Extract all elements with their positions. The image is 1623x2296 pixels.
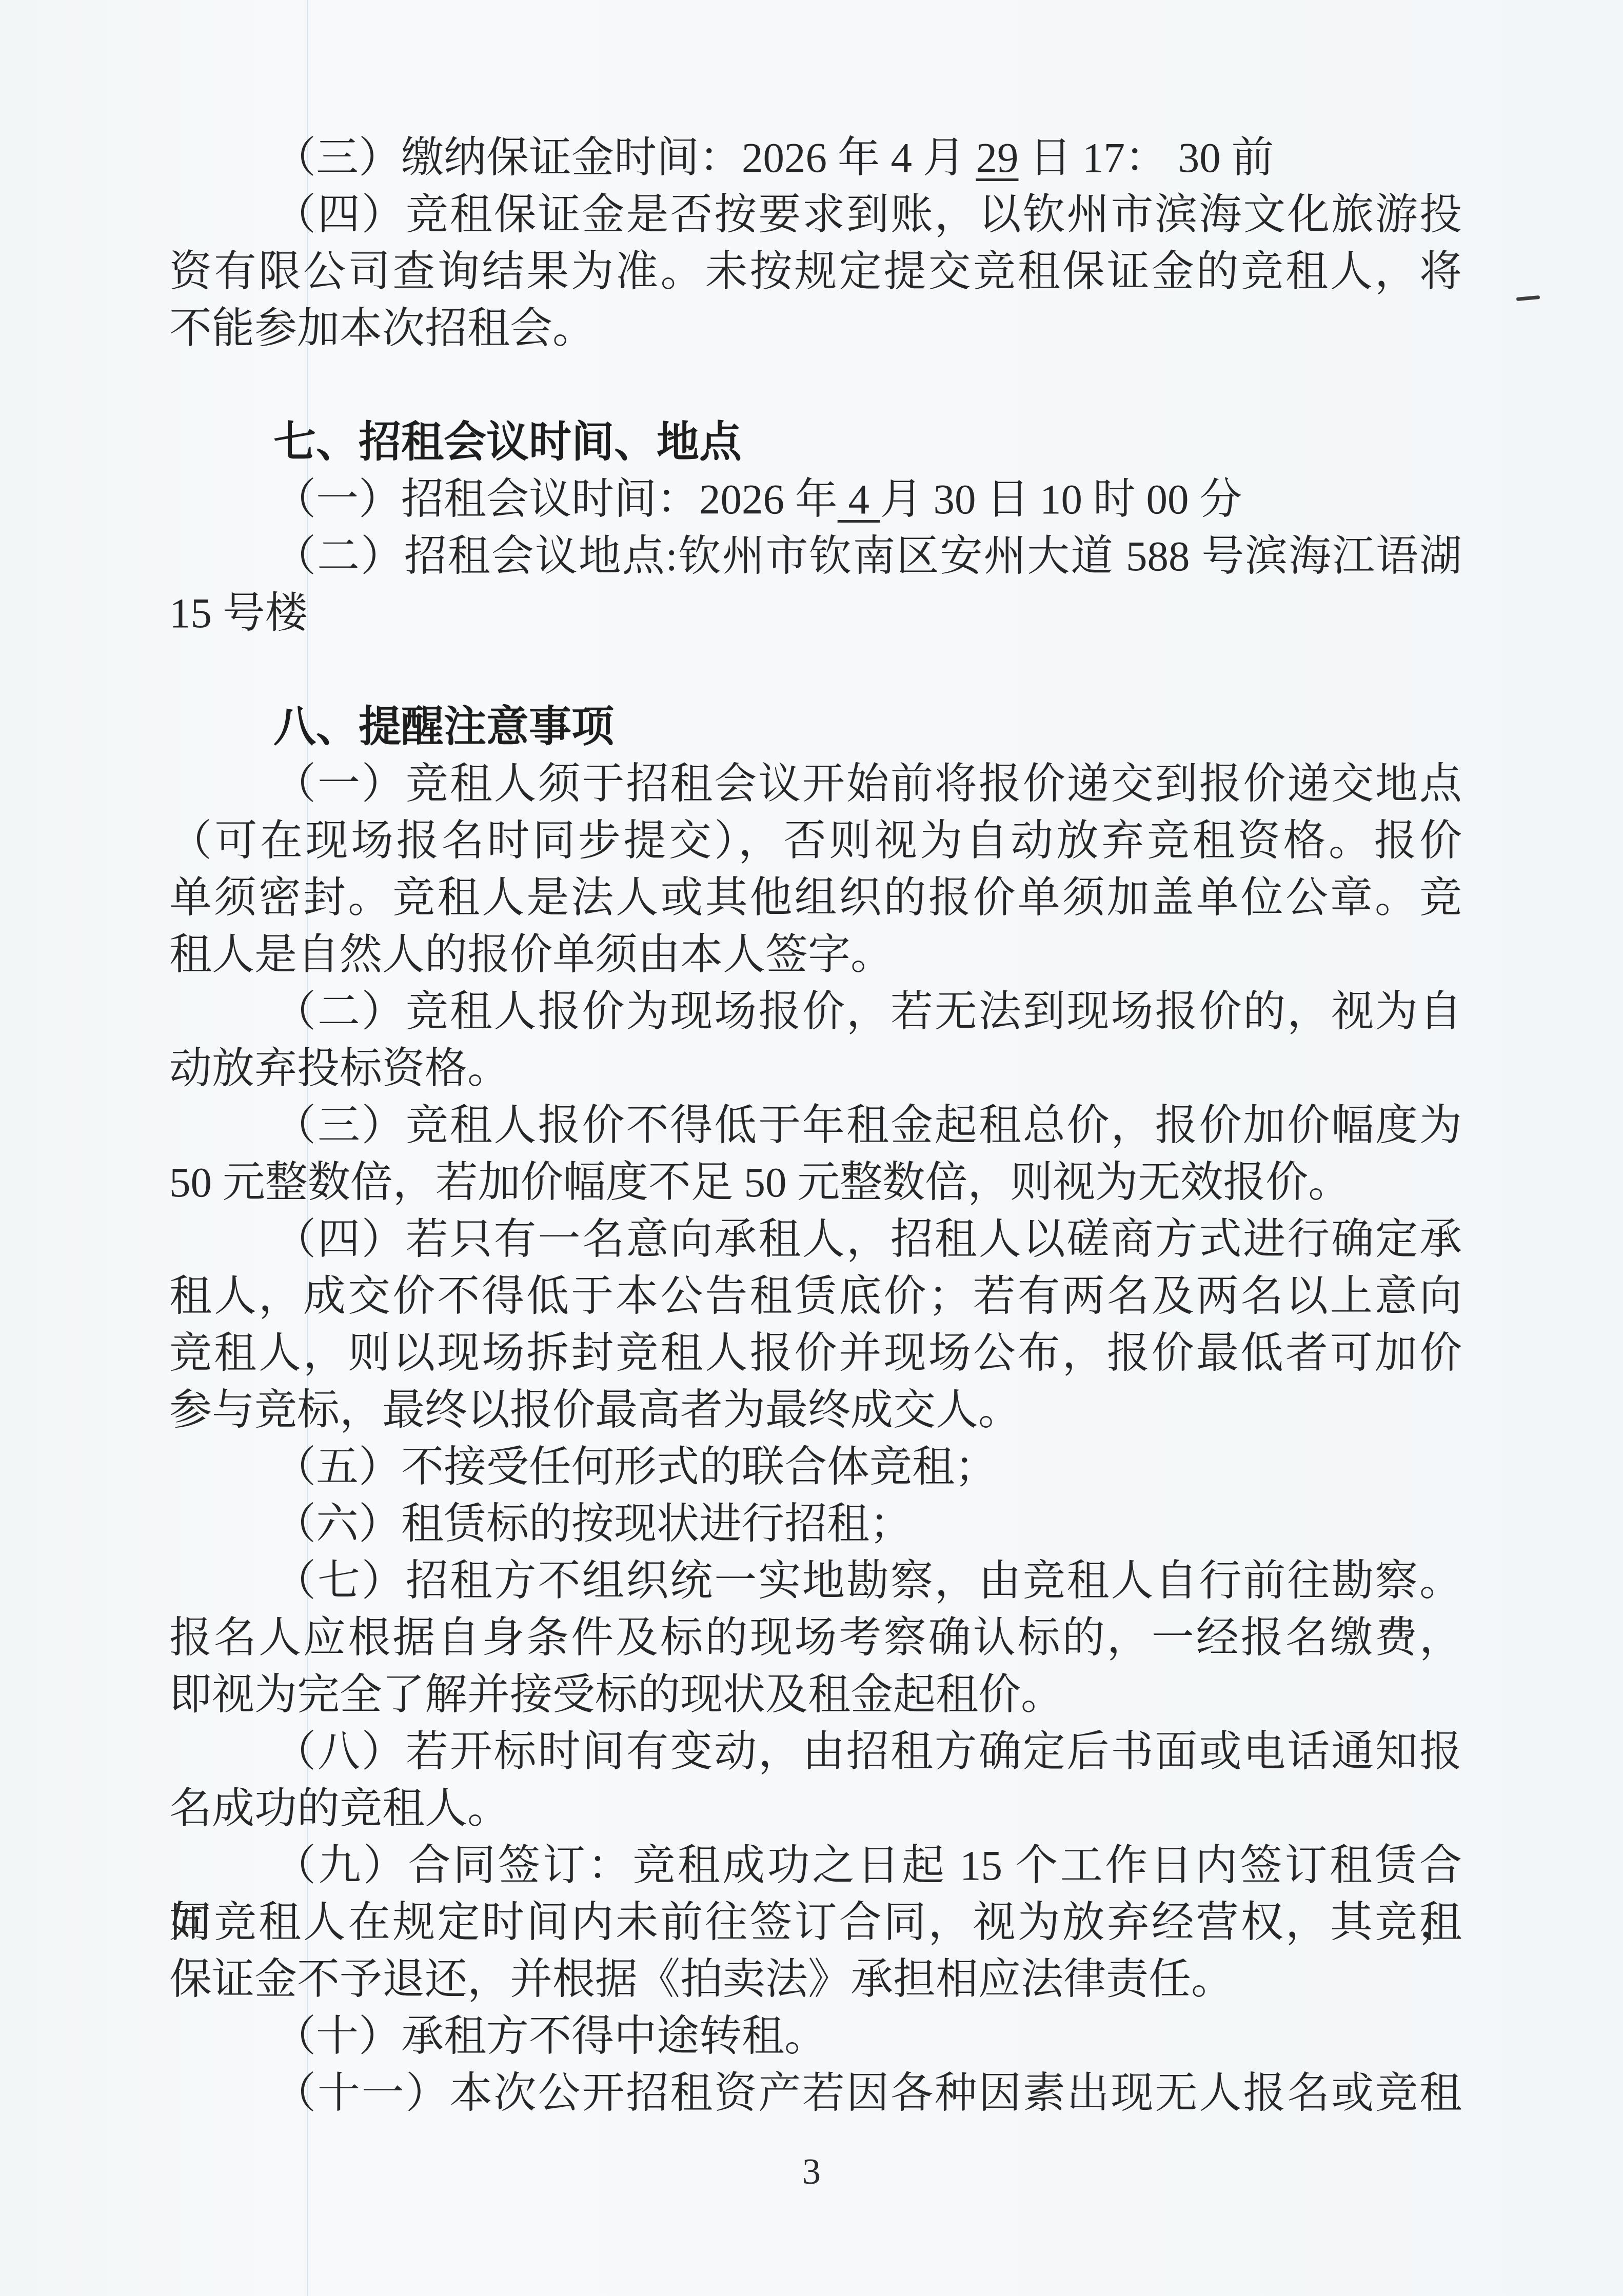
document-line: （一）招租会议时间：2026 年 4 月 30 日 10 时 00 分	[169, 471, 1462, 528]
document-line: 租人，成交价不得低于本公告租赁底价；若有两名及两名以上意向	[169, 1268, 1462, 1325]
document-line: 竞租人，则以现场拆封竞租人报价并现场公布，报价最低者可加价	[169, 1325, 1462, 1382]
underlined-text: 29	[976, 134, 1019, 181]
text-run: （八）若开标时间有变动，由招租方确定后书面或电话通知报	[273, 1728, 1462, 1775]
text-run: （四）若只有一名意向承租人，招租人以磋商方式进行确定承	[273, 1215, 1462, 1263]
document-line: 资有限公司查询结果为准。未按规定提交竞租保证金的竞租人，将	[169, 243, 1462, 300]
document-line: （可在现场报名时同步提交），否则视为自动放弃竞租资格。报价	[169, 812, 1462, 869]
text-run: 15 号楼	[169, 589, 308, 636]
document-line: （二）招租会议地点:钦州市钦南区安州大道 588 号滨海江语湖	[169, 528, 1462, 585]
text-run: 租人是自然人的报价单须由本人签字。	[169, 931, 893, 978]
text-run: 即视为完全了解并接受标的现状及租金起租价。	[169, 1671, 1063, 1718]
document-line: （六）租赁标的按现状进行招租；	[169, 1495, 1462, 1552]
document-line: （十）承租方不得中途转租。	[169, 2008, 1462, 2065]
scan-artifact-dash	[1516, 295, 1540, 301]
document-line: 单须密封。竞租人是法人或其他组织的报价单须加盖单位公章。竞	[169, 869, 1462, 926]
blank-line	[169, 642, 1462, 698]
document-line: （三）缴纳保证金时间：2026 年 4 月 29 日 17： 30 前	[169, 129, 1462, 186]
document-line: 保证金不予退还，并根据《拍卖法》承担相应法律责任。	[169, 1951, 1462, 2008]
text-run: 不能参加本次招租会。	[169, 305, 595, 352]
text-run: 参与竞标，最终以报价最高者为最终成交人。	[169, 1386, 1021, 1433]
document-line: （二）竞租人报价为现场报价，若无法到现场报价的，视为自	[169, 983, 1462, 1040]
document-line: 租人是自然人的报价单须由本人签字。	[169, 926, 1462, 983]
text-run: （六）租赁标的按现状进行招租；	[273, 1500, 912, 1547]
document-line: （五）不接受任何形式的联合体竞租；	[169, 1439, 1462, 1495]
text-run: （五）不接受任何形式的联合体竞租；	[273, 1443, 997, 1490]
section-heading: 七、招租会议时间、地点	[169, 414, 1462, 471]
text-run: 竞租人，则以现场拆封竞租人报价并现场公布，报价最低者可加价	[169, 1329, 1462, 1376]
document-line: （七）招租方不组织统一实地勘察，由竞租人自行前往勘察。	[169, 1552, 1462, 1609]
text-run: 资有限公司查询结果为准。未按规定提交竞租保证金的竞租人，将	[169, 248, 1462, 295]
text-run: 七、招租会议时间、地点	[273, 418, 742, 466]
document-line: 名成功的竞租人。	[169, 1780, 1462, 1837]
scanned-document-page: （三）缴纳保证金时间：2026 年 4 月 29 日 17： 30 前（四）竞租…	[0, 0, 1623, 2296]
document-line: （一）竞租人须于招租会议开始前将报价递交到报价递交地点	[169, 755, 1462, 812]
text-run: 日 17： 30 前	[1019, 134, 1274, 181]
text-block: （三）缴纳保证金时间：2026 年 4 月 29 日 17： 30 前（四）竞租…	[169, 129, 1462, 2122]
document-line: 如竞租人在规定时间内未前往签订合同，视为放弃经营权，其竞租	[169, 1894, 1462, 1951]
section-heading: 八、提醒注意事项	[169, 698, 1462, 755]
text-run: （一）竞租人须于招租会议开始前将报价递交到报价递交地点	[273, 760, 1462, 807]
text-run: （十一）本次公开招租资产若因各种因素出现无人报名或竞租	[273, 2069, 1462, 2117]
text-run: 租人，成交价不得低于本公告租赁底价；若有两名及两名以上意向	[169, 1272, 1462, 1320]
text-run: 单须密封。竞租人是法人或其他组织的报价单须加盖单位公章。竞	[169, 874, 1462, 921]
text-run: （二）招租会议地点:钦州市钦南区安州大道 588 号滨海江语湖	[273, 532, 1462, 580]
page-number: 3	[0, 2153, 1623, 2190]
text-run: 50 元整数倍，若加价幅度不足 50 元整数倍，则视为无效报价。	[169, 1159, 1351, 1206]
document-line: （四）若只有一名意向承租人，招租人以磋商方式进行确定承	[169, 1211, 1462, 1268]
document-line: 动放弃投标资格。	[169, 1040, 1462, 1097]
document-line: 即视为完全了解并接受标的现状及租金起租价。	[169, 1666, 1462, 1723]
text-run: （可在现场报名时同步提交），否则视为自动放弃竞租资格。报价	[169, 817, 1462, 864]
text-run: 名成功的竞租人。	[169, 1785, 510, 1832]
document-line: （四）竞租保证金是否按要求到账，以钦州市滨海文化旅游投	[169, 186, 1462, 243]
document-line: 15 号楼	[169, 585, 1462, 642]
document-line: （十一）本次公开招租资产若因各种因素出现无人报名或竞租	[169, 2065, 1462, 2122]
document-line: （三）竞租人报价不得低于年租金起租总价，报价加价幅度为	[169, 1097, 1462, 1154]
document-line: （八）若开标时间有变动，由招租方确定后书面或电话通知报	[169, 1723, 1462, 1780]
text-run: 月 30 日 10 时 00 分	[880, 475, 1242, 523]
text-run: （三）缴纳保证金时间：2026 年 4 月	[273, 134, 976, 181]
document-line: （九）合同签订：竞租成功之日起 15 个工作日内签订租赁合同，	[169, 1837, 1462, 1894]
text-run: （十）承租方不得中途转租。	[273, 2012, 827, 2060]
text-run: （二）竞租人报价为现场报价，若无法到现场报价的，视为自	[273, 988, 1462, 1035]
text-run: （四）竞租保证金是否按要求到账，以钦州市滨海文化旅游投	[273, 191, 1462, 238]
text-run: （七）招租方不组织统一实地勘察，由竞租人自行前往勘察。	[273, 1557, 1462, 1604]
text-run: 八、提醒注意事项	[273, 703, 614, 750]
document-line: 报名人应根据自身条件及标的现场考察确认标的，一经报名缴费，	[169, 1609, 1462, 1666]
text-run: 报名人应根据自身条件及标的现场考察确认标的，一经报名缴费，	[169, 1614, 1462, 1661]
text-run: 动放弃投标资格。	[169, 1045, 510, 1092]
blank-line	[169, 357, 1462, 414]
underlined-text: 4	[838, 475, 880, 523]
document-line: 50 元整数倍，若加价幅度不足 50 元整数倍，则视为无效报价。	[169, 1154, 1462, 1211]
document-line: 不能参加本次招租会。	[169, 300, 1462, 357]
text-run: 保证金不予退还，并根据《拍卖法》承担相应法律责任。	[169, 1955, 1234, 2003]
document-line: 参与竞标，最终以报价最高者为最终成交人。	[169, 1382, 1462, 1439]
text-run: （一）招租会议时间：2026 年	[273, 475, 838, 523]
text-run: 如竞租人在规定时间内未前往签订合同，视为放弃经营权，其竞租	[169, 1899, 1462, 1946]
text-run: （三）竞租人报价不得低于年租金起租总价，报价加价幅度为	[273, 1102, 1462, 1149]
